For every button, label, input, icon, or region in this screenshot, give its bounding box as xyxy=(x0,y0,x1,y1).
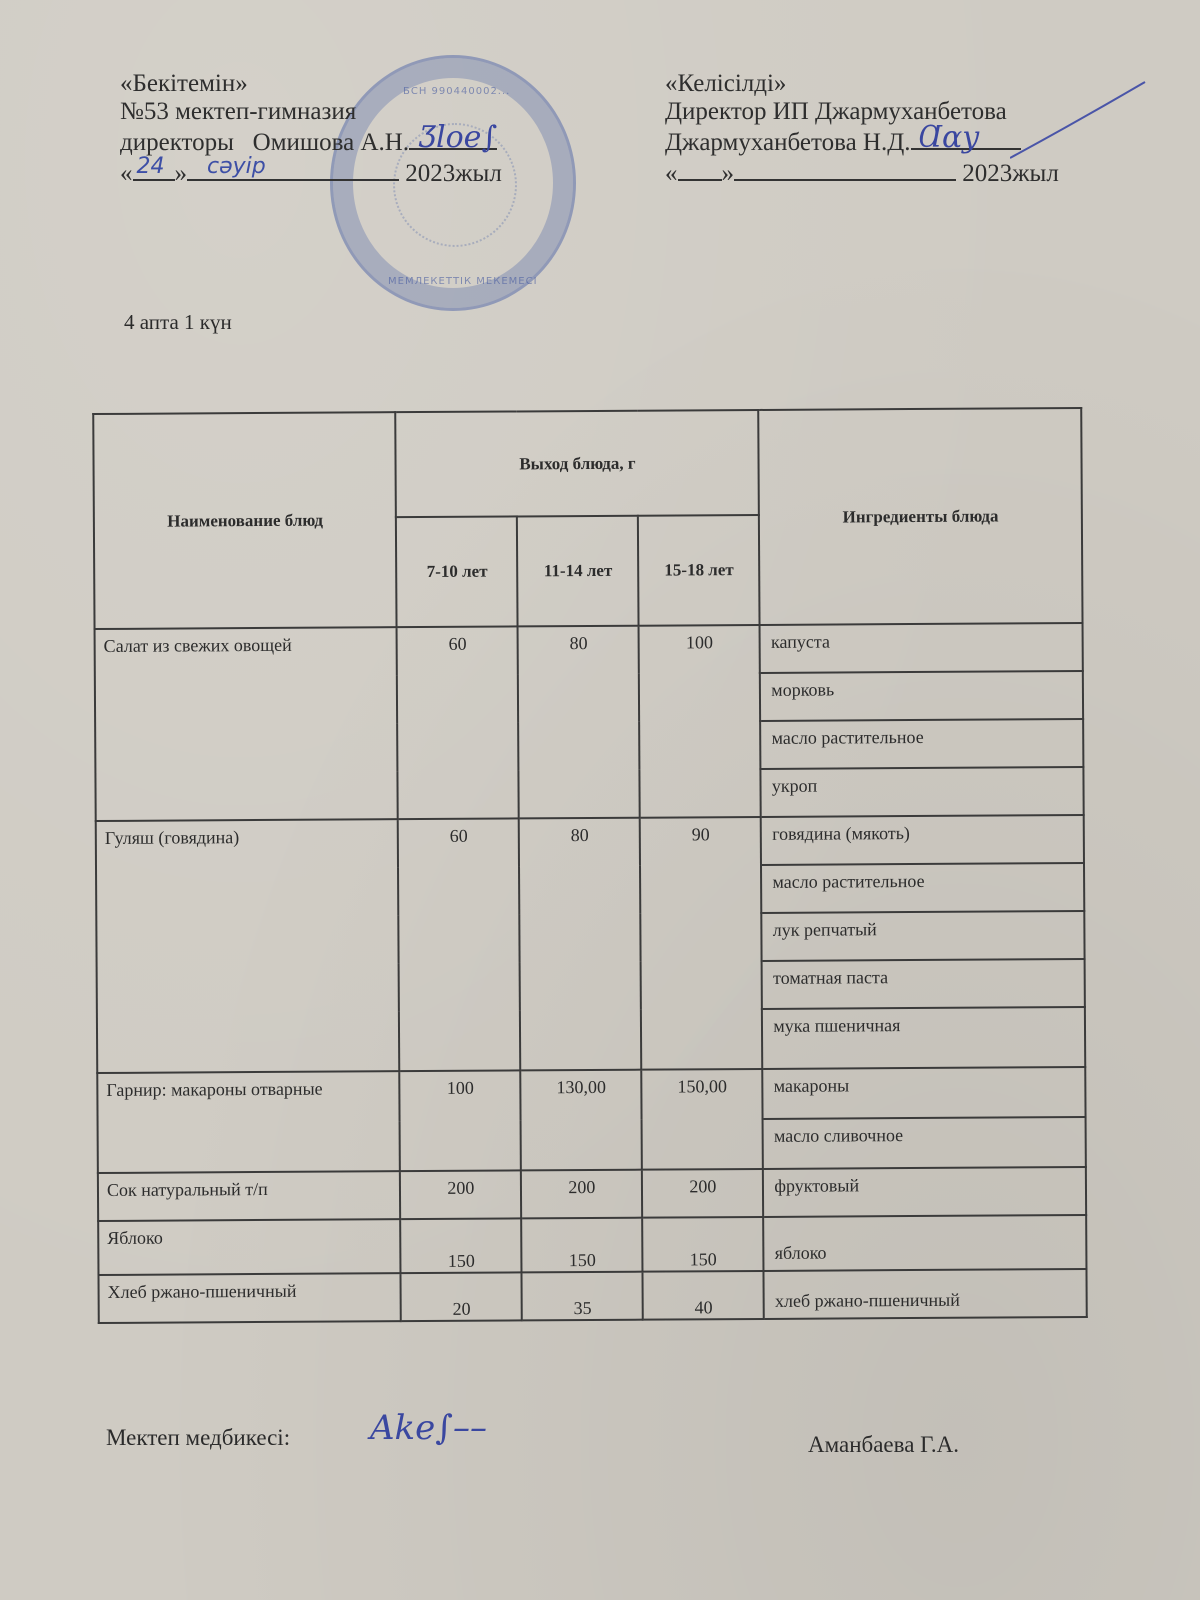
approval-signature: Ʒloe∫ xyxy=(419,124,497,152)
ingredient: говядина (мякоть) xyxy=(761,815,1084,865)
header-dish-name: Наименование блюд xyxy=(93,412,397,629)
ingredient: макароны xyxy=(763,1067,1086,1119)
agreement-year: 2023жыл xyxy=(962,160,1059,187)
dish-name: Салат из свежих овощей xyxy=(95,627,399,821)
agreement-title: «Келісілді» xyxy=(665,70,1059,98)
yield-value: 150,00 xyxy=(642,1069,764,1170)
approval-signer: директоры Омишова А.Н.Ʒloe∫ xyxy=(120,126,502,157)
nurse-name: Аманбаева Г.А. xyxy=(808,1432,959,1458)
header-age-11-14: 11-14 лет xyxy=(517,516,639,627)
agreement-position: Директор ИП Джармуханбетова xyxy=(665,98,1059,126)
header-age-15-18: 15-18 лет xyxy=(638,515,760,626)
header-yield: Выход блюда, г xyxy=(396,410,760,517)
ingredient: лук репчатый xyxy=(762,911,1085,961)
approval-position: директоры xyxy=(120,129,234,156)
table-row: Хлеб ржано-пшеничный203540хлеб ржано-пше… xyxy=(98,1269,1086,1323)
approval-name: Омишова А.Н. xyxy=(253,129,409,156)
yield-value: 130,00 xyxy=(521,1070,643,1171)
stamp-bottom-text: МЕМЛЕКЕТТІК МЕКЕМЕСІ xyxy=(388,276,538,287)
yield-value: 80 xyxy=(518,626,640,819)
yield-value: 150 xyxy=(522,1218,643,1273)
yield-value: 150 xyxy=(401,1218,522,1273)
approval-year: 2023жыл xyxy=(405,160,502,187)
ingredient: хлеб ржано-пшеничный xyxy=(764,1269,1087,1319)
ingredient: капуста xyxy=(760,623,1083,673)
yield-value: 200 xyxy=(521,1170,642,1219)
dish-name: Сок натуральный т/п xyxy=(98,1171,401,1221)
ingredient: укроп xyxy=(761,767,1084,817)
header-ingredients: Ингредиенты блюда xyxy=(759,408,1083,625)
table-row: Гуляш (говядина)608090говядина (мякоть) xyxy=(96,815,1084,869)
yield-value: 20 xyxy=(401,1272,522,1321)
approval-date: «24»сәуір 2023жыл xyxy=(120,157,502,188)
ingredient: томатная паста xyxy=(762,959,1085,1009)
week-day-label: 4 апта 1 күн xyxy=(124,310,232,335)
ingredient: мука пшеничная xyxy=(762,1007,1085,1069)
table-row: Гарнир: макароны отварные100130,00150,00… xyxy=(97,1067,1085,1123)
yield-value: 100 xyxy=(639,625,761,818)
header-age-7-10: 7-10 лет xyxy=(396,516,518,627)
table-row: Сок натуральный т/п200200200фруктовый xyxy=(98,1167,1086,1221)
approval-signature-line: Ʒloe∫ xyxy=(409,126,497,150)
nurse-signature: Ake∫–– xyxy=(370,1408,487,1448)
yield-value: 200 xyxy=(642,1169,763,1218)
yield-value: 100 xyxy=(400,1070,522,1171)
yield-value: 90 xyxy=(640,817,763,1070)
agreement-signature: Ɑɑy xyxy=(919,124,980,152)
ingredient: масло растительное xyxy=(760,719,1083,769)
agreement-month-field xyxy=(734,157,956,181)
yield-value: 200 xyxy=(400,1170,521,1219)
yield-value: 80 xyxy=(519,818,642,1071)
agreement-signer: Джармуханбетова Н.Д.Ɑɑy xyxy=(665,126,1059,157)
table-row: Яблоко150150150яблоко xyxy=(98,1215,1086,1275)
dish-name: Гуляш (говядина) xyxy=(96,819,400,1073)
yield-value: 60 xyxy=(398,818,521,1071)
ingredient: фруктовый xyxy=(763,1167,1086,1217)
table-row: Салат из свежих овощей6080100капуста xyxy=(95,623,1083,677)
ingredient: масло растительное xyxy=(761,863,1084,913)
agreement-date: «» 2023жыл xyxy=(665,157,1059,188)
approval-title: «Бекітемін» xyxy=(120,70,502,98)
ingredient: масло сливочное xyxy=(763,1117,1086,1169)
yield-value: 150 xyxy=(643,1217,764,1272)
agreement-signature-line: Ɑɑy xyxy=(911,126,1021,150)
nurse-label: Мектеп медбикесі: xyxy=(106,1425,290,1451)
ingredient: морковь xyxy=(760,671,1083,721)
yield-value: 60 xyxy=(397,626,519,819)
menu-table: Наименование блюд Выход блюда, г Ингреди… xyxy=(92,407,1088,1324)
agreement-name: Джармуханбетова Н.Д. xyxy=(665,129,911,156)
yield-value: 40 xyxy=(643,1271,764,1320)
agreement-day-field xyxy=(678,157,722,181)
approval-block: «Бекітемін» №53 мектеп-гимназия директор… xyxy=(120,70,502,188)
approval-day-field: 24 xyxy=(133,157,175,181)
approval-month-field: сәуір xyxy=(187,157,399,181)
agreement-block: «Келісілді» Директор ИП Джармуханбетова … xyxy=(665,70,1059,188)
ingredient: яблоко xyxy=(763,1215,1086,1271)
dish-name: Яблоко xyxy=(98,1219,401,1275)
dish-name: Хлеб ржано-пшеничный xyxy=(98,1273,401,1323)
yield-value: 35 xyxy=(522,1272,643,1321)
menu-table-body: Салат из свежих овощей6080100капустаморк… xyxy=(95,623,1087,1323)
dish-name: Гарнир: макароны отварные xyxy=(97,1071,400,1173)
agreement-signature-stroke xyxy=(1010,80,1150,160)
